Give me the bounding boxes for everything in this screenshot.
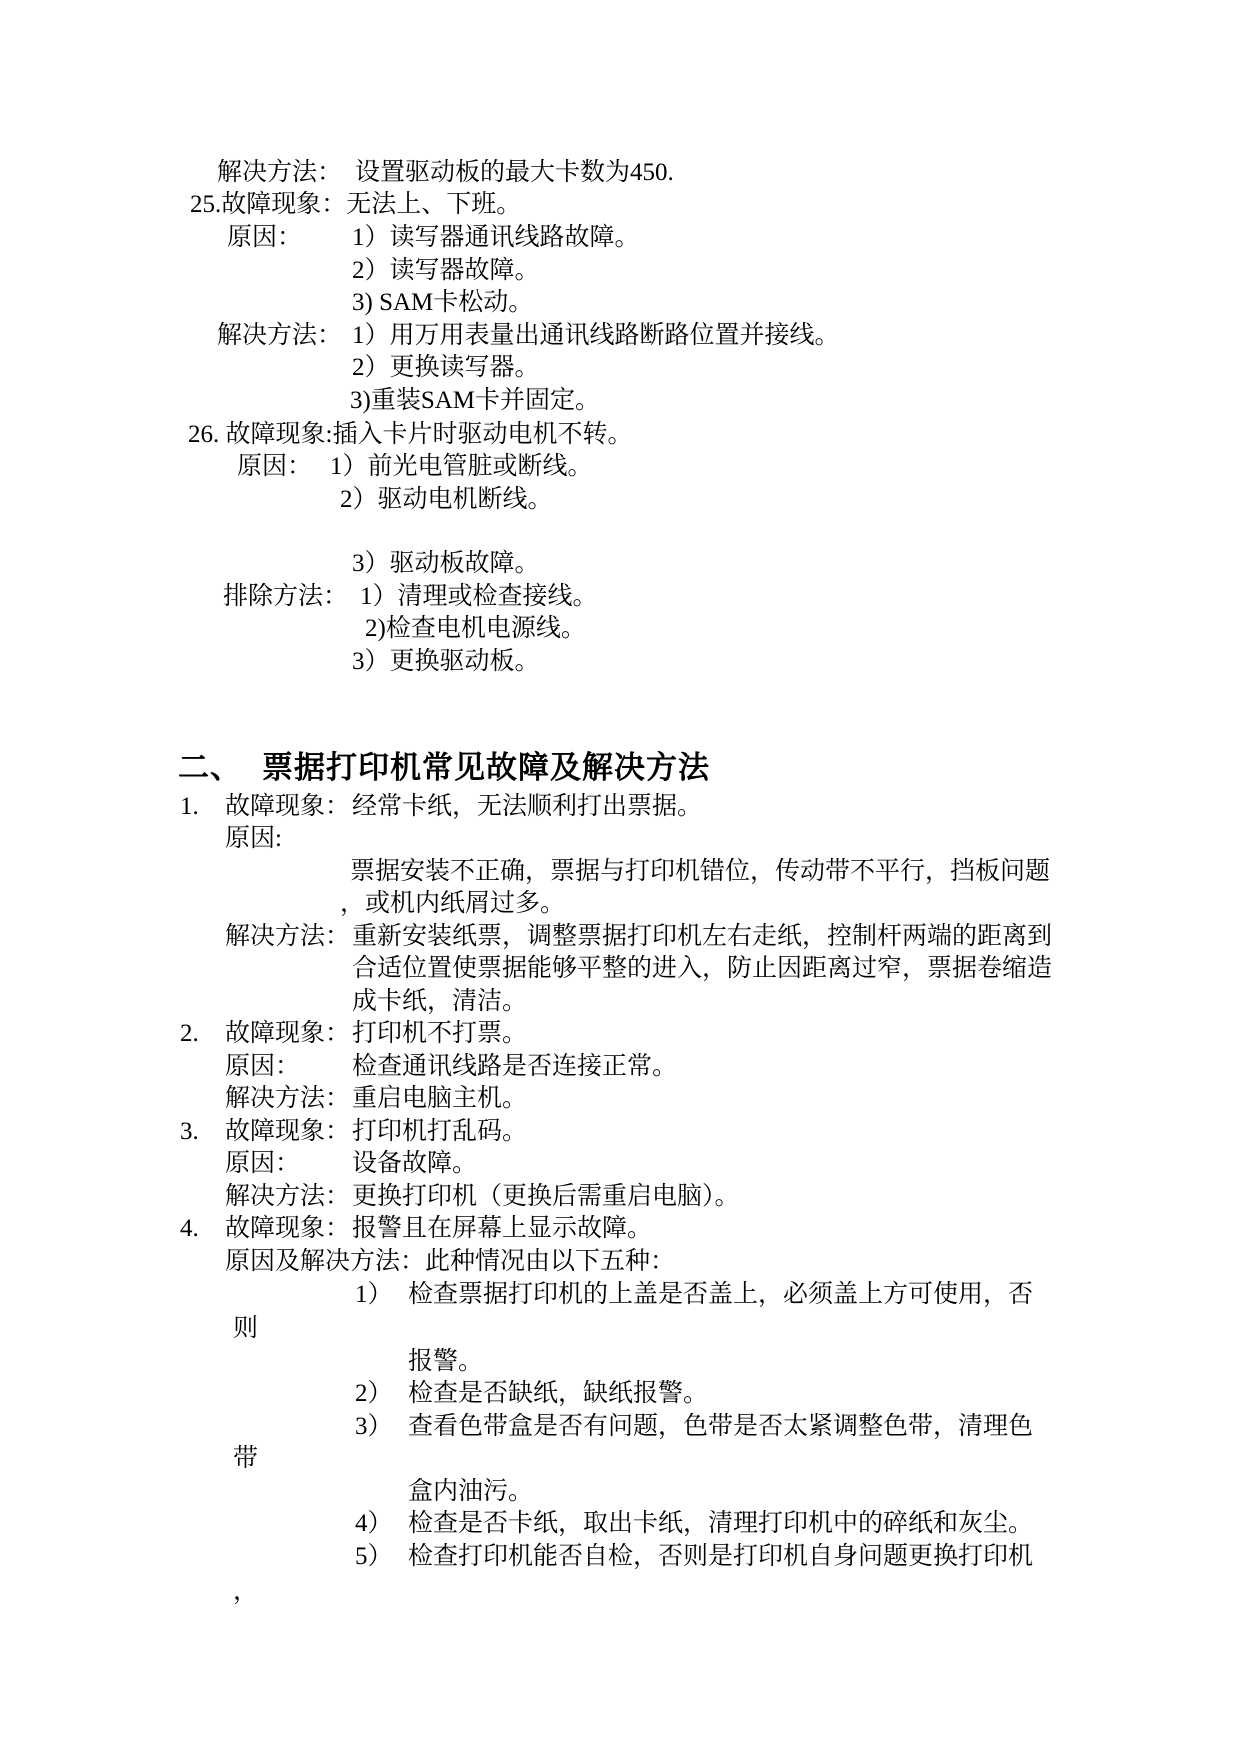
text-line: 成卡纸，清洁。 bbox=[0, 987, 1241, 1020]
text-segment: 检查是否缺纸，缺纸报警。 bbox=[408, 1379, 708, 1409]
text-segment: 1）读写器通讯线路故障。 bbox=[352, 223, 640, 253]
text-segment: 1） bbox=[355, 1280, 393, 1310]
text-segment: 3）驱动板故障。 bbox=[352, 549, 540, 579]
text-segment: 原因: bbox=[225, 824, 282, 854]
text-segment: 1）用万用表量出通讯线路断路位置并接线。 bbox=[352, 321, 840, 351]
text-line: 原因及解决方法：此种情况由以下五种： bbox=[0, 1247, 1241, 1280]
text-segment: 经常卡纸，无法顺利打出票据。 bbox=[352, 792, 702, 822]
text-line: 3）查看色带盒是否有问题，色带是否太紧调整色带，清理色 bbox=[0, 1412, 1241, 1445]
text-line: 原因：1）读写器通讯线路故障。 bbox=[0, 223, 1241, 256]
text-segment: 2. bbox=[180, 1019, 199, 1049]
text-line: 解决方法：1）用万用表量出通讯线路断路位置并接线。 bbox=[0, 321, 1241, 354]
text-line: ， bbox=[0, 1577, 1241, 1610]
text-segment: 故障现象： bbox=[225, 792, 350, 822]
text-line: 票据安装不正确，票据与打印机错位，传动带不平行，挡板问题 bbox=[0, 857, 1241, 890]
text-line: ，或机内纸屑过多。 bbox=[0, 889, 1241, 922]
text-line: 原因：1）前光电管脏或断线。 bbox=[0, 452, 1241, 485]
text-segment: 4. bbox=[180, 1214, 199, 1244]
text-line: 解决方法：重新安装纸票，调整票据打印机左右走纸，控制杆两端的距离到 bbox=[0, 922, 1241, 955]
text-line: 盒内油污。 bbox=[0, 1477, 1241, 1510]
text-segment: 解决方法： bbox=[217, 321, 342, 351]
text-segment: 故障现象： bbox=[225, 1117, 350, 1147]
text-line: 4.故障现象：报警且在屏幕上显示故障。 bbox=[0, 1214, 1241, 1247]
text-segment: 故障现象： bbox=[225, 1214, 350, 1244]
text-segment: 原因及解决方法：此种情况由以下五种： bbox=[225, 1247, 675, 1277]
text-segment: 5） bbox=[355, 1542, 393, 1572]
text-line: 2）检查是否缺纸，缺纸报警。 bbox=[0, 1379, 1241, 1412]
text-segment: 更换打印机（更换后需重启电脑）。 bbox=[352, 1182, 740, 1212]
text-line: 25.故障现象：无法上、下班。 bbox=[0, 190, 1241, 223]
text-line: 带 bbox=[0, 1444, 1241, 1477]
text-segment: 重新安装纸票，调整票据打印机左右走纸，控制杆两端的距离到 bbox=[352, 922, 1052, 952]
text-segment: 3. bbox=[180, 1117, 199, 1147]
text-segment: 原因： bbox=[227, 223, 302, 253]
text-line: 3) SAM卡松动。 bbox=[0, 288, 1241, 321]
text-line: 报警。 bbox=[0, 1347, 1241, 1380]
text-segment: 排除方法： bbox=[223, 582, 348, 612]
text-segment: 检查通讯线路是否连接正常。 bbox=[352, 1052, 677, 1082]
text-segment: ，或机内纸屑过多。 bbox=[340, 889, 565, 919]
text-line: 原因: bbox=[0, 824, 1241, 857]
text-line: 解决方法：重启电脑主机。 bbox=[0, 1084, 1241, 1117]
text-segment: 2） bbox=[355, 1379, 393, 1409]
text-segment: 打印机打乱码。 bbox=[352, 1117, 527, 1147]
text-segment: 打印机不打票。 bbox=[352, 1019, 527, 1049]
text-line: 则 bbox=[0, 1314, 1241, 1347]
text-segment: 带 bbox=[233, 1444, 258, 1474]
text-segment: 报警。 bbox=[408, 1347, 483, 1377]
text-segment: ， bbox=[233, 1577, 258, 1607]
text-line: 3.故障现象：打印机打乱码。 bbox=[0, 1117, 1241, 1150]
text-segment: 3) SAM卡松动。 bbox=[352, 288, 533, 318]
text-segment: 检查是否卡纸，取出卡纸，清理打印机中的碎纸和灰尘。 bbox=[408, 1509, 1033, 1539]
text-segment: 1）清理或检查接线。 bbox=[360, 582, 598, 612]
text-line: 解决方法：更换打印机（更换后需重启电脑）。 bbox=[0, 1182, 1241, 1215]
text-segment: 检查票据打印机的上盖是否盖上，必须盖上方可使用，否 bbox=[408, 1280, 1033, 1310]
text-segment: 1. bbox=[180, 792, 199, 822]
text-line: 26. 故障现象:插入卡片时驱动电机不转。 bbox=[0, 420, 1241, 453]
text-segment: 解决方法： bbox=[225, 1084, 350, 1114]
text-segment: 25.故障现象：无法上、下班。 bbox=[190, 190, 521, 220]
text-line: 2）更换读写器。 bbox=[0, 353, 1241, 386]
text-segment: 合适位置使票据能够平整的进入，防止因距离过窄，票据卷缩造 bbox=[352, 954, 1052, 984]
text-line: 3)重装SAM卡并固定。 bbox=[0, 386, 1241, 419]
text-segment: 解决方法： bbox=[225, 922, 350, 952]
text-segment: 设置驱动板的最大卡数为450. bbox=[355, 158, 674, 188]
text-segment: 26. 故障现象:插入卡片时驱动电机不转。 bbox=[188, 420, 632, 450]
text-segment: 3)重装SAM卡并固定。 bbox=[350, 386, 600, 416]
text-line: 合适位置使票据能够平整的进入，防止因距离过窄，票据卷缩造 bbox=[0, 954, 1241, 987]
text-segment: 成卡纸，清洁。 bbox=[352, 987, 527, 1017]
text-segment: 3） bbox=[355, 1412, 393, 1442]
text-segment: 报警且在屏幕上显示故障。 bbox=[352, 1214, 652, 1244]
text-segment: 2）读写器故障。 bbox=[352, 256, 540, 286]
text-segment: 1）前光电管脏或断线。 bbox=[330, 452, 593, 482]
text-segment: 原因： bbox=[237, 452, 312, 482]
text-line: 3）驱动板故障。 bbox=[0, 549, 1241, 582]
text-segment: 2）更换读写器。 bbox=[352, 353, 540, 383]
text-segment: 原因： bbox=[225, 1149, 300, 1179]
text-segment: 2)检查电机电源线。 bbox=[365, 614, 586, 644]
text-segment: 2）驱动电机断线。 bbox=[340, 485, 553, 515]
text-line: 5）检查打印机能否自检，否则是打印机自身问题更换打印机 bbox=[0, 1542, 1241, 1575]
text-line: 2）读写器故障。 bbox=[0, 256, 1241, 289]
text-line: 1.故障现象：经常卡纸，无法顺利打出票据。 bbox=[0, 792, 1241, 825]
text-line: 1）检查票据打印机的上盖是否盖上，必须盖上方可使用，否 bbox=[0, 1280, 1241, 1313]
text-line: 解决方法：设置驱动板的最大卡数为450. bbox=[0, 158, 1241, 191]
text-line: 2）驱动电机断线。 bbox=[0, 485, 1241, 518]
text-line: 2)检查电机电源线。 bbox=[0, 614, 1241, 647]
text-line: 4）检查是否卡纸，取出卡纸，清理打印机中的碎纸和灰尘。 bbox=[0, 1509, 1241, 1542]
text-line: 2.故障现象：打印机不打票。 bbox=[0, 1019, 1241, 1052]
document-page: 解决方法：设置驱动板的最大卡数为450.25.故障现象：无法上、下班。原因：1）… bbox=[0, 0, 1241, 1754]
text-segment: 原因： bbox=[225, 1052, 300, 1082]
text-segment: 则 bbox=[233, 1314, 258, 1344]
text-segment: 盒内油污。 bbox=[408, 1477, 533, 1507]
text-segment: 解决方法： bbox=[225, 1182, 350, 1212]
text-segment: 重启电脑主机。 bbox=[352, 1084, 527, 1114]
text-line: 3）更换驱动板。 bbox=[0, 647, 1241, 680]
text-segment: 检查打印机能否自检，否则是打印机自身问题更换打印机 bbox=[408, 1542, 1033, 1572]
text-segment: 故障现象： bbox=[225, 1019, 350, 1049]
text-line: 原因：检查通讯线路是否连接正常。 bbox=[0, 1052, 1241, 1085]
text-segment: 3）更换驱动板。 bbox=[352, 647, 540, 677]
text-segment: 4） bbox=[355, 1509, 393, 1539]
text-segment: 查看色带盒是否有问题，色带是否太紧调整色带，清理色 bbox=[408, 1412, 1033, 1442]
text-line: 原因：设备故障。 bbox=[0, 1149, 1241, 1182]
section-heading: 二、票据打印机常见故障及解决方法 bbox=[0, 750, 1241, 790]
text-segment: 设备故障。 bbox=[352, 1149, 477, 1179]
text-segment: 票据安装不正确，票据与打印机错位，传动带不平行，挡板问题 bbox=[350, 857, 1050, 887]
text-line: 排除方法：1）清理或检查接线。 bbox=[0, 582, 1241, 615]
text-segment: 解决方法： bbox=[217, 158, 342, 188]
text-segment: 二、 bbox=[178, 750, 242, 786]
text-segment: 票据打印机常见故障及解决方法 bbox=[262, 750, 710, 786]
